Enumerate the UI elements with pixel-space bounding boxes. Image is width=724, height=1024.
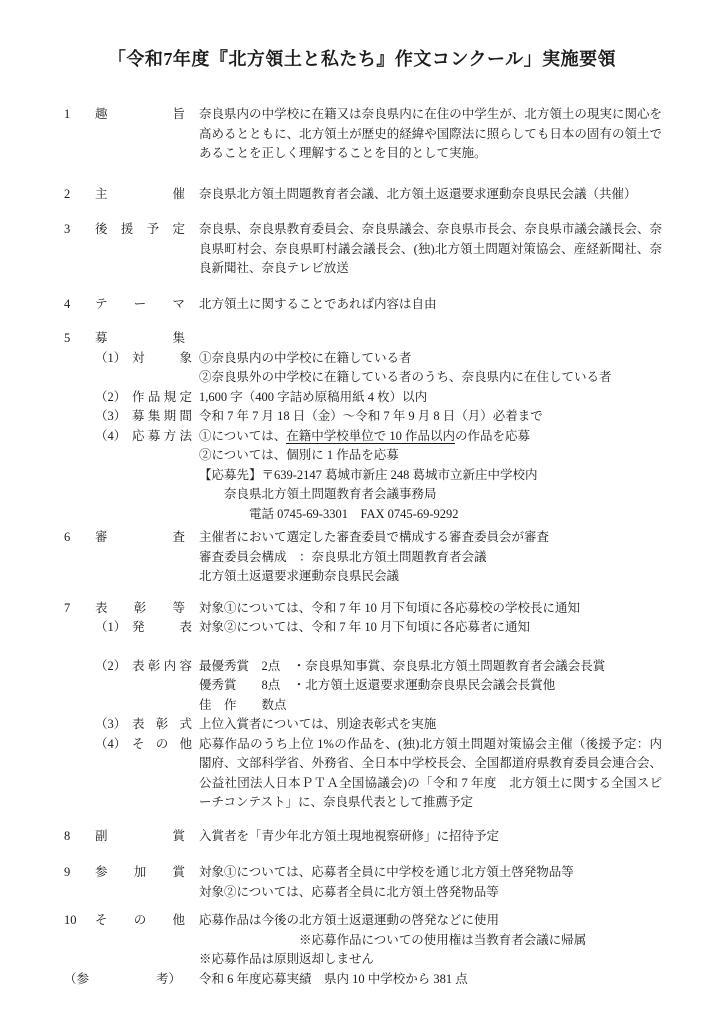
line-text: 上位入賞者については、別途表彰式を実施	[199, 715, 662, 735]
doc-line: 9 参加賞 対象①については、応募者全員に中学校を通じ北方領土啓発物品等	[64, 863, 724, 883]
document-title: 「令和7年度『北方領土と私たち』作文コンクール」実施要領	[0, 46, 724, 72]
line-label: 主催	[95, 185, 185, 205]
line-text: 北方領土に関することであれば内容は自由	[199, 295, 662, 315]
line-text: ②については、個別に 1 作品を応募	[199, 446, 662, 466]
sub-label: 発表	[132, 618, 192, 638]
doc-line: （4） 応募方法 ①については、在籍中学校単位で 10 作品以内の作品を応募	[64, 427, 724, 447]
doc-line: ②については、個別に 1 作品を応募	[64, 446, 724, 466]
line-text: 最優秀賞 2点 ・奈良県知事賞、奈良県北方領土問題教育者会議会長賞	[199, 657, 662, 677]
doc-line: 5 募集	[64, 329, 724, 349]
sub-label-prefix: （1）	[95, 349, 132, 369]
line-text: 佳 作 数点	[199, 696, 662, 716]
text-segment: ①については、	[199, 429, 286, 443]
line-number: 6	[64, 528, 95, 548]
doc-line: 北方領土返還要求運動奈良県民会議	[64, 567, 724, 587]
sub-label-prefix: （1）	[95, 618, 132, 638]
line-number: 4	[64, 295, 95, 315]
line-text: 入賞者を「青少年北方領土現地視察研修」に招待予定	[199, 827, 662, 847]
doc-line: 奈良県北方領土問題教育者会議事務局	[64, 485, 724, 505]
sub-label-prefix: （2）	[95, 657, 132, 677]
sub-label-prefix: （4）	[95, 735, 132, 755]
line-text: 奈良県内の中学校に在籍又は奈良県内に在住の中学生が、北方領土の現実に関心を高める…	[199, 105, 662, 164]
doc-line: 8 副賞 入賞者を「青少年北方領土現地視察研修」に招待予定	[64, 827, 724, 847]
doc-line: （3） 表彰式 上位入賞者については、別途表彰式を実施	[64, 715, 724, 735]
line-label: 趣旨	[95, 105, 185, 125]
doc-line: 3 後援予定 奈良県、奈良県教育委員会、奈良県議会、奈良県市長会、奈良県市議会議…	[64, 220, 724, 279]
doc-line: 審査委員会構成 ：奈良県北方領土問題教育者会議	[64, 548, 724, 568]
doc-line: 【応募先】〒639-2147 葛城市新庄 248 葛城市立新庄中学校内	[64, 466, 724, 486]
line-number: 5	[64, 329, 95, 349]
doc-line: （2） 表彰内容 最優秀賞 2点 ・奈良県知事賞、奈良県北方領土問題教育者会議会…	[64, 657, 724, 677]
sub-label: 対象	[132, 349, 192, 369]
line-text: 奈良県北方領土問題教育者会議事務局	[199, 485, 687, 505]
doc-line: ※応募作品についての使用権は当教育者会議に帰属	[64, 931, 724, 951]
line-number: 2	[64, 185, 95, 205]
sub-label-prefix: （3）	[95, 407, 132, 427]
line-text: 北方領土返還要求運動奈良県民会議	[199, 567, 662, 587]
line-label: 募集	[95, 329, 185, 349]
line-text: ※応募作品は原則返却しません	[199, 950, 662, 970]
line-text: 【応募先】〒639-2147 葛城市新庄 248 葛城市立新庄中学校内	[199, 466, 662, 486]
line-text: 審査委員会構成 ：奈良県北方領土問題教育者会議	[199, 548, 662, 568]
doc-line: 4 テーマ 北方領土に関することであれば内容は自由	[64, 295, 724, 315]
sub-label: 応募方法	[132, 427, 192, 447]
doc-line: 10 その他 応募作品は今後の北方領土返還運動の啓発などに使用	[64, 911, 724, 931]
line-number: 8	[64, 827, 95, 847]
doc-line: 6 審査 主催者において選定した審査委員で構成する審査委員会が審査	[64, 528, 724, 548]
sub-label: 作品規定	[132, 388, 192, 408]
paren-label-open: （参	[64, 970, 89, 990]
paren-label-close: 考）	[156, 970, 181, 990]
line-number: 7	[64, 599, 95, 619]
line-text: 優秀賞 8点 ・北方領土返還要求運動奈良県民会議会長賞他	[199, 676, 662, 696]
doc-line: 2 主催 奈良県北方領土問題教育者会議、北方領土返還要求運動奈良県民会議（共催）	[64, 185, 724, 205]
doc-line: 1 趣旨 奈良県内の中学校に在籍又は奈良県内に在住の中学生が、北方領土の現実に関…	[64, 105, 724, 164]
doc-line: （3） 募集期間 令和 7 年 7 月 18 日（金）～令和 7 年 9 月 8…	[64, 407, 724, 427]
line-number: 9	[64, 863, 95, 883]
sub-label-prefix: （2）	[95, 388, 132, 408]
line-text: 奈良県北方領土問題教育者会議、北方領土返還要求運動奈良県民会議（共催）	[199, 185, 662, 205]
line-label: 審査	[95, 528, 185, 548]
text-segment: の作品を応募	[455, 429, 530, 443]
line-label: 後援予定	[95, 220, 185, 240]
sub-label-prefix: （3）	[95, 715, 132, 735]
line-text: 対象②については、応募者全員に北方領土啓発物品等	[199, 883, 662, 903]
line-label: 副賞	[95, 827, 185, 847]
doc-line: 7 表彰等 対象①については、令和 7 年 10 月下旬頃に各応募校の学校長に通…	[64, 599, 724, 619]
sub-label: 表彰内容	[132, 657, 192, 677]
doc-line: （1） 対象 ①奈良県内の中学校に在籍している者	[64, 349, 724, 369]
line-text: 応募作品は今後の北方領土返還運動の啓発などに使用	[199, 911, 662, 931]
sub-label: 表彰式	[132, 715, 192, 735]
doc-line: （4） その他 応募作品のうち上位 1%の作品を、(独)北方領土問題対策協会主催…	[64, 735, 724, 813]
sub-label: 募集期間	[132, 407, 192, 427]
underlined-text: 在籍中学校単位で 10 作品以内	[286, 429, 455, 444]
doc-line: （1） 発表 対象②については、令和 7 年 10 月下旬頃に各応募者に通知	[64, 618, 724, 638]
doc-line: 対象②については、応募者全員に北方領土啓発物品等	[64, 883, 724, 903]
line-label: 表彰等	[95, 599, 185, 619]
document-page: 「令和7年度『北方領土と私たち』作文コンクール」実施要領 1 趣旨 奈良県内の中…	[0, 0, 724, 1024]
line-text: 応募作品のうち上位 1%の作品を、(独)北方領土問題対策協会主催（後援予定：内閣…	[199, 735, 662, 813]
line-text: 令和 6 年度応募実績 県内 10 中学校から 381 点	[199, 970, 662, 990]
doc-line: （2） 作品規定 1,600 字（400 字詰め原稿用紙 4 枚）以内	[64, 388, 724, 408]
line-text: 対象①については、応募者全員に中学校を通じ北方領土啓発物品等	[199, 863, 662, 883]
doc-line: 佳 作 数点	[64, 696, 724, 716]
line-text: ※応募作品についての使用権は当教育者会議に帰属	[199, 931, 724, 951]
line-text: ①については、在籍中学校単位で 10 作品以内の作品を応募	[199, 427, 662, 447]
line-label: その他	[95, 911, 185, 931]
doc-line: ※応募作品は原則返却しません	[64, 950, 724, 970]
line-number: 3	[64, 220, 95, 240]
line-text: 対象①については、令和 7 年 10 月下旬頃に各応募校の学校長に通知	[199, 599, 662, 619]
line-label: 参加賞	[95, 863, 185, 883]
line-text: 電話 0745-69-3301 FAX 0745-69-9292	[199, 505, 712, 525]
line-number: 1	[64, 105, 95, 125]
line-number: 10	[64, 911, 95, 931]
sub-label-prefix: （4）	[95, 427, 132, 447]
line-text: 1,600 字（400 字詰め原稿用紙 4 枚）以内	[199, 388, 662, 408]
sub-label: その他	[132, 735, 192, 755]
line-label: テーマ	[95, 295, 185, 315]
line-text: 主催者において選定した審査委員で構成する審査委員会が審査	[199, 528, 662, 548]
line-text: ②奈良県外の中学校に在籍している者のうち、奈良県内に在住している者	[199, 368, 662, 388]
line-text: ①奈良県内の中学校に在籍している者	[199, 349, 662, 369]
doc-line: 電話 0745-69-3301 FAX 0745-69-9292	[64, 505, 724, 525]
paren-label: （参 考）	[64, 970, 181, 990]
line-text: 奈良県、奈良県教育委員会、奈良県議会、奈良県市長会、奈良県市議会議長会、奈良県町…	[199, 220, 662, 279]
line-text: 対象②については、令和 7 年 10 月下旬頃に各応募者に通知	[199, 618, 662, 638]
line-text: 令和 7 年 7 月 18 日（金）～令和 7 年 9 月 8 日（月）必着まで	[199, 407, 662, 427]
doc-line: （参 考） 令和 6 年度応募実績 県内 10 中学校から 381 点	[64, 970, 724, 990]
doc-line: ②奈良県外の中学校に在籍している者のうち、奈良県内に在住している者	[64, 368, 724, 388]
doc-line: 優秀賞 8点 ・北方領土返還要求運動奈良県民会議会長賞他	[64, 676, 724, 696]
